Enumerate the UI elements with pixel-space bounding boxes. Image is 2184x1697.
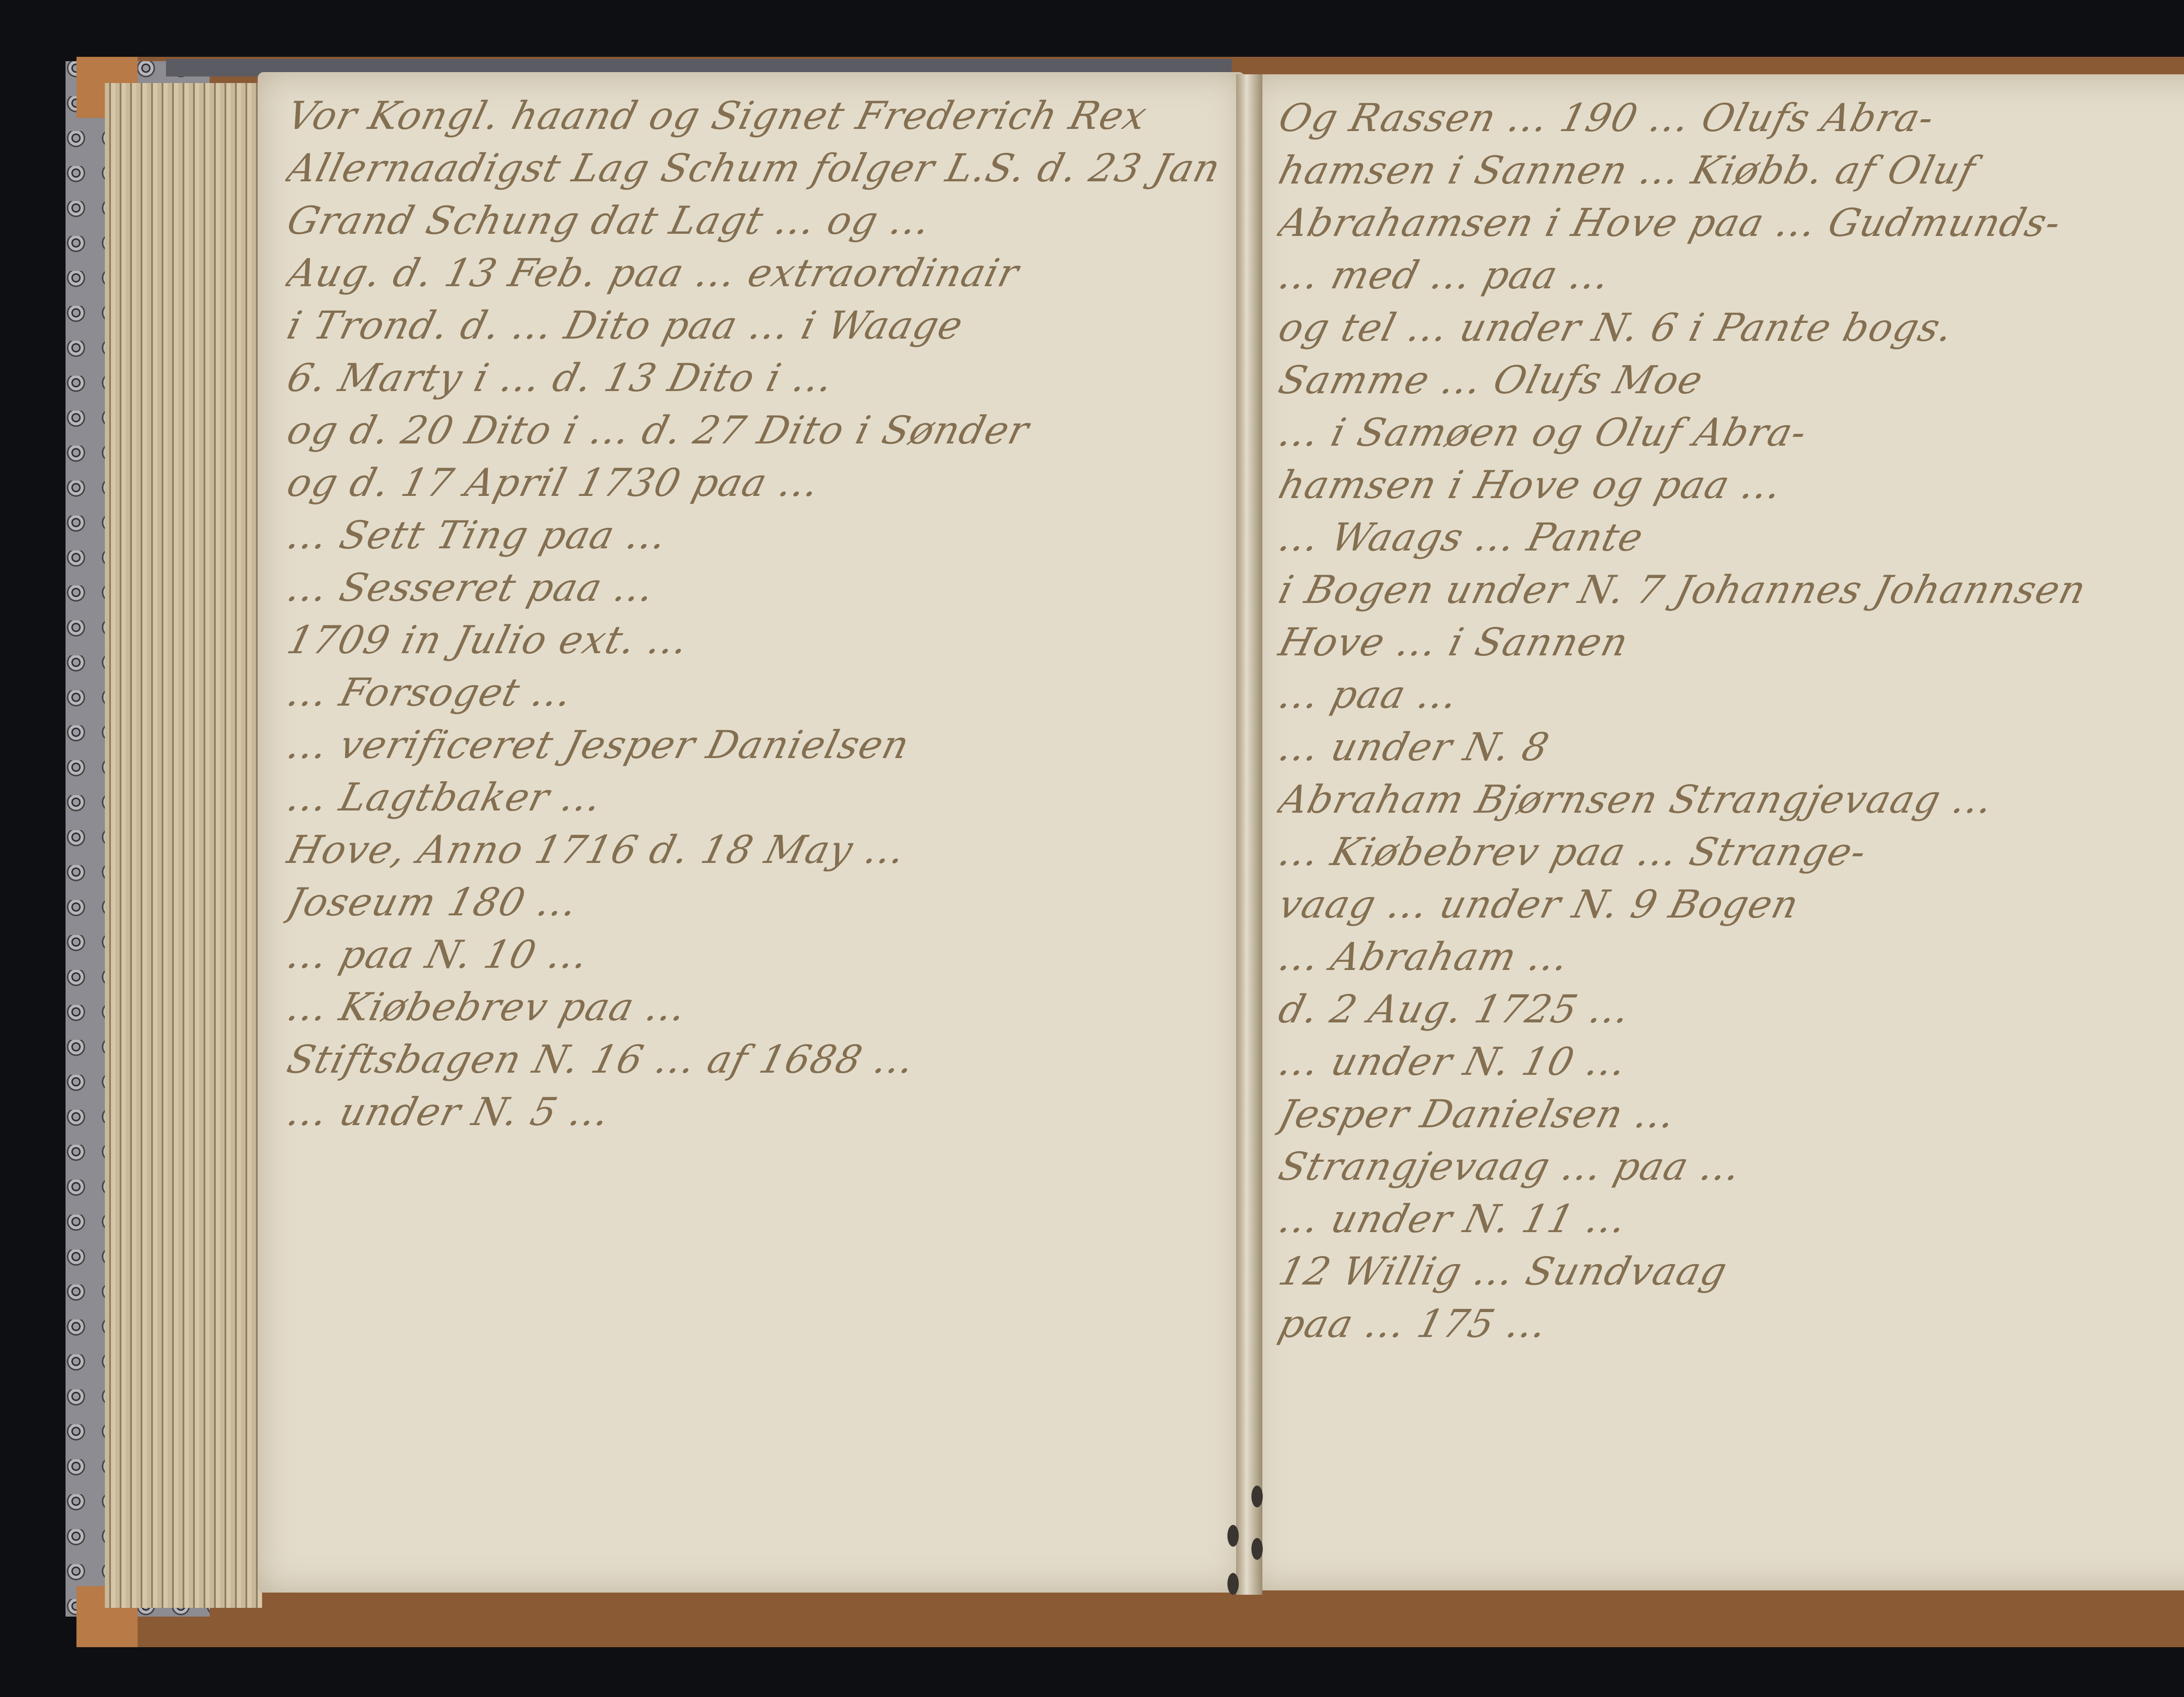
- handwritten-line: 1709 in Julio ext. ...: [282, 614, 1225, 666]
- handwritten-line: ... Waags ... Pante: [1273, 511, 2184, 564]
- handwritten-line: ... Forsoget ...: [282, 666, 1225, 719]
- handwritten-line: og d. 20 Dito i ... d. 27 Dito i Sønder: [282, 404, 1225, 457]
- binding-hole: [1227, 1573, 1239, 1595]
- left-page-text: Vor Kongl. haand og Signet Frederich Rex…: [288, 90, 1219, 1138]
- handwritten-line: Hove, Anno 1716 d. 18 May ...: [282, 824, 1225, 876]
- page-edges-left: [105, 83, 262, 1608]
- handwritten-line: ... paa ...: [1273, 668, 2184, 721]
- left-page: Vor Kongl. haand og Signet Frederich Rex…: [258, 72, 1245, 1593]
- handwritten-line: d. 2 Aug. 1725 ...: [1273, 983, 2184, 1036]
- book-gutter: [1236, 74, 1262, 1595]
- handwritten-line: Joseum 180 ...: [282, 876, 1225, 928]
- handwritten-line: Hove ... i Sannen: [1273, 616, 2184, 668]
- binding-hole: [1227, 1525, 1239, 1547]
- handwritten-line: ... under N. 5 ...: [282, 1086, 1225, 1138]
- handwritten-line: Allernaadigst Lag Schum folger L.S. d. 2…: [282, 142, 1225, 194]
- handwritten-line: ... under N. 8: [1273, 721, 2184, 773]
- handwritten-line: hamsen i Sannen ... Kiøbb. af Oluf: [1273, 144, 2184, 197]
- handwritten-line: ... paa N. 10 ...: [282, 928, 1225, 981]
- handwritten-line: 12 Willig ... Sundvaag: [1273, 1245, 2184, 1298]
- handwritten-line: ... Lagtbaker ...: [282, 771, 1225, 824]
- handwritten-line: og tel ... under N. 6 i Pante bogs.: [1273, 301, 2184, 354]
- handwritten-line: Abrahamsen i Hove paa ... Gudmunds-: [1273, 197, 2184, 249]
- handwritten-line: Jesper Danielsen ...: [1273, 1088, 2184, 1140]
- handwritten-line: ... Kiøbebrev paa ... Strange-: [1273, 826, 2184, 878]
- handwritten-line: ... verificeret Jesper Danielsen: [282, 719, 1225, 771]
- handwritten-line: Stiftsbagen N. 16 ... af 1688 ...: [282, 1033, 1225, 1086]
- handwritten-line: Aug. d. 13 Feb. paa ... extraordinair: [282, 247, 1225, 299]
- handwritten-line: Vor Kongl. haand og Signet Frederich Rex: [282, 90, 1225, 142]
- binding-hole: [1251, 1486, 1263, 1507]
- handwritten-line: paa ... 175 ...: [1273, 1298, 2184, 1350]
- handwritten-line: ... Sett Ting paa ...: [282, 509, 1225, 561]
- handwritten-line: i Bogen under N. 7 Johannes Johannsen: [1273, 564, 2184, 616]
- handwritten-line: ... i Samøen og Oluf Abra-: [1273, 406, 2184, 459]
- right-page: Og Rassen ... 190 ... Olufs Abra-hamsen …: [1249, 74, 2184, 1590]
- handwritten-line: Og Rassen ... 190 ... Olufs Abra-: [1273, 92, 2184, 144]
- handwritten-line: Grand Schung dat Lagt ... og ...: [282, 194, 1225, 247]
- handwritten-line: 6. Marty i ... d. 13 Dito i ...: [282, 352, 1225, 404]
- handwritten-line: ... Sesseret paa ...: [282, 561, 1225, 614]
- handwritten-line: ... under N. 10 ...: [1273, 1036, 2184, 1088]
- handwritten-line: ... under N. 11 ...: [1273, 1193, 2184, 1245]
- handwritten-line: og d. 17 April 1730 paa ...: [282, 457, 1225, 509]
- handwritten-line: hamsen i Hove og paa ...: [1273, 459, 2184, 511]
- handwritten-line: ... Abraham ...: [1273, 931, 2184, 983]
- handwritten-line: Abraham Bjørnsen Strangjevaag ...: [1273, 773, 2184, 826]
- right-page-text: Og Rassen ... 190 ... Olufs Abra-hamsen …: [1280, 92, 2184, 1350]
- handwritten-line: i Trond. d. ... Dito paa ... i Waage: [282, 299, 1225, 352]
- handwritten-line: ... Kiøbebrev paa ...: [282, 981, 1225, 1033]
- handwritten-line: ... med ... paa ...: [1273, 249, 2184, 301]
- binding-hole: [1251, 1538, 1263, 1560]
- handwritten-line: vaag ... under N. 9 Bogen: [1273, 878, 2184, 931]
- handwritten-line: Samme ... Olufs Moe: [1273, 354, 2184, 406]
- handwritten-line: Strangjevaag ... paa ...: [1273, 1140, 2184, 1193]
